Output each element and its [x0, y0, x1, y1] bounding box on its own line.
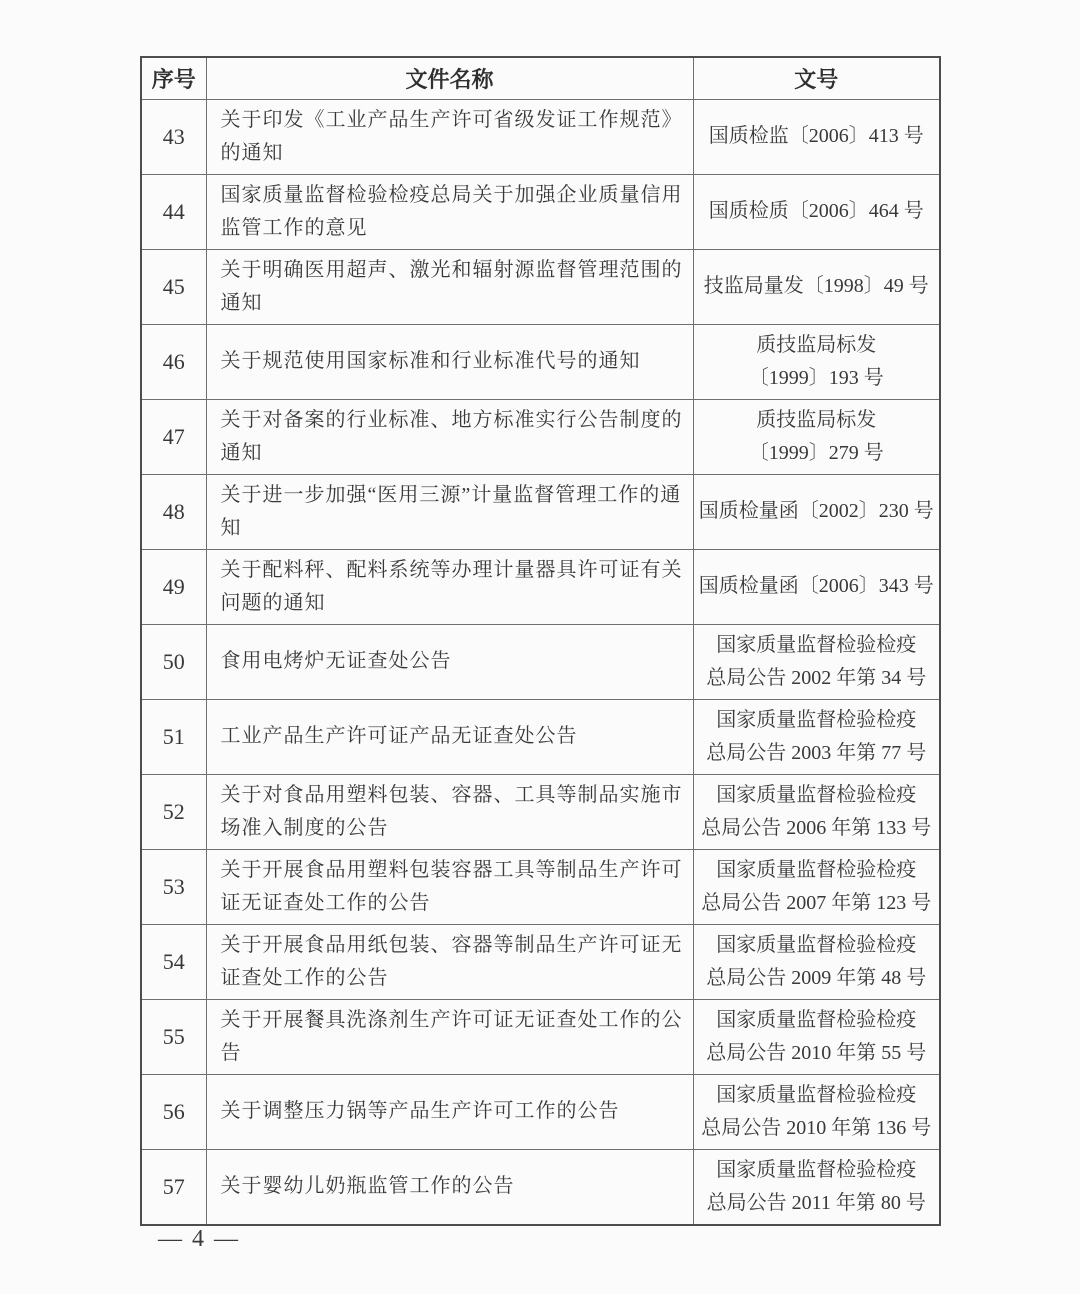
table-row: 49 关于配料秤、配料系统等办理计量器具许可证有关问题的通知 国质检量函〔200…: [141, 549, 940, 624]
cell-file-name: 关于婴幼儿奶瓶监管工作的公告: [206, 1149, 693, 1225]
cell-doc-number: 技监局量发〔1998〕49 号: [693, 249, 940, 324]
cell-serial-number: 46: [141, 324, 206, 399]
table-row: 47 关于对备案的行业标准、地方标准实行公告制度的通知 质技监局标发 〔1999…: [141, 399, 940, 474]
cell-doc-number: 国家质量监督检验检疫 总局公告 2009 年第 48 号: [693, 924, 940, 999]
cell-doc-number: 质技监局标发 〔1999〕279 号: [693, 399, 940, 474]
table-row: 44 国家质量监督检验检疫总局关于加强企业质量信用监管工作的意见 国质检质〔20…: [141, 174, 940, 249]
cell-file-name: 国家质量监督检验检疫总局关于加强企业质量信用监管工作的意见: [206, 174, 693, 249]
cell-doc-number: 国质检质〔2006〕464 号: [693, 174, 940, 249]
cell-serial-number: 55: [141, 999, 206, 1074]
table-row: 52 关于对食品用塑料包装、容器、工具等制品实施市场准入制度的公告 国家质量监督…: [141, 774, 940, 849]
table-row: 56 关于调整压力锅等产品生产许可工作的公告 国家质量监督检验检疫 总局公告 2…: [141, 1074, 940, 1149]
cell-doc-number: 国家质量监督检验检疫 总局公告 2010 年第 136 号: [693, 1074, 940, 1149]
table-row: 45 关于明确医用超声、激光和辐射源监督管理范围的通知 技监局量发〔1998〕4…: [141, 249, 940, 324]
cell-doc-number: 国家质量监督检验检疫 总局公告 2002 年第 34 号: [693, 624, 940, 699]
cell-file-name: 关于进一步加强“医用三源”计量监督管理工作的通知: [206, 474, 693, 549]
cell-file-name: 工业产品生产许可证产品无证查处公告: [206, 699, 693, 774]
cell-serial-number: 48: [141, 474, 206, 549]
cell-serial-number: 45: [141, 249, 206, 324]
table-row: 43 关于印发《工业产品生产许可省级发证工作规范》的通知 国质检监〔2006〕4…: [141, 99, 940, 174]
table-row: 48 关于进一步加强“医用三源”计量监督管理工作的通知 国质检量函〔2002〕2…: [141, 474, 940, 549]
cell-serial-number: 56: [141, 1074, 206, 1149]
table-row: 55 关于开展餐具洗涤剂生产许可证无证查处工作的公告 国家质量监督检验检疫 总局…: [141, 999, 940, 1074]
header-serial-number: 序号: [141, 57, 206, 99]
cell-file-name: 关于开展食品用塑料包装容器工具等制品生产许可证无证查处工作的公告: [206, 849, 693, 924]
cell-doc-number: 国质检量函〔2006〕343 号: [693, 549, 940, 624]
cell-serial-number: 44: [141, 174, 206, 249]
cell-serial-number: 52: [141, 774, 206, 849]
table-row: 51 工业产品生产许可证产品无证查处公告 国家质量监督检验检疫 总局公告 200…: [141, 699, 940, 774]
document-list-table: 序号 文件名称 文号 43 关于印发《工业产品生产许可省级发证工作规范》的通知 …: [140, 56, 941, 1226]
cell-doc-number: 国家质量监督检验检疫 总局公告 2006 年第 133 号: [693, 774, 940, 849]
cell-file-name: 关于开展食品用纸包装、容器等制品生产许可证无证查处工作的公告: [206, 924, 693, 999]
cell-file-name: 关于调整压力锅等产品生产许可工作的公告: [206, 1074, 693, 1149]
cell-serial-number: 50: [141, 624, 206, 699]
cell-serial-number: 47: [141, 399, 206, 474]
cell-file-name: 关于规范使用国家标准和行业标准代号的通知: [206, 324, 693, 399]
cell-serial-number: 49: [141, 549, 206, 624]
page-number: — 4 —: [158, 1226, 240, 1253]
cell-serial-number: 57: [141, 1149, 206, 1225]
cell-doc-number: 国家质量监督检验检疫 总局公告 2007 年第 123 号: [693, 849, 940, 924]
table-row: 50 食用电烤炉无证查处公告 国家质量监督检验检疫 总局公告 2002 年第 3…: [141, 624, 940, 699]
cell-doc-number: 质技监局标发 〔1999〕193 号: [693, 324, 940, 399]
cell-file-name: 关于对食品用塑料包装、容器、工具等制品实施市场准入制度的公告: [206, 774, 693, 849]
cell-serial-number: 43: [141, 99, 206, 174]
table-row: 57 关于婴幼儿奶瓶监管工作的公告 国家质量监督检验检疫 总局公告 2011 年…: [141, 1149, 940, 1225]
cell-doc-number: 国家质量监督检验检疫 总局公告 2003 年第 77 号: [693, 699, 940, 774]
cell-doc-number: 国家质量监督检验检疫 总局公告 2010 年第 55 号: [693, 999, 940, 1074]
cell-file-name: 关于明确医用超声、激光和辐射源监督管理范围的通知: [206, 249, 693, 324]
header-doc-number: 文号: [693, 57, 940, 99]
cell-serial-number: 53: [141, 849, 206, 924]
cell-file-name: 食用电烤炉无证查处公告: [206, 624, 693, 699]
table-row: 46 关于规范使用国家标准和行业标准代号的通知 质技监局标发 〔1999〕193…: [141, 324, 940, 399]
header-file-name: 文件名称: [206, 57, 693, 99]
cell-file-name: 关于印发《工业产品生产许可省级发证工作规范》的通知: [206, 99, 693, 174]
cell-file-name: 关于开展餐具洗涤剂生产许可证无证查处工作的公告: [206, 999, 693, 1074]
cell-file-name: 关于配料秤、配料系统等办理计量器具许可证有关问题的通知: [206, 549, 693, 624]
table-row: 53 关于开展食品用塑料包装容器工具等制品生产许可证无证查处工作的公告 国家质量…: [141, 849, 940, 924]
cell-serial-number: 54: [141, 924, 206, 999]
table-row: 54 关于开展食品用纸包装、容器等制品生产许可证无证查处工作的公告 国家质量监督…: [141, 924, 940, 999]
cell-doc-number: 国家质量监督检验检疫 总局公告 2011 年第 80 号: [693, 1149, 940, 1225]
cell-doc-number: 国质检量函〔2002〕230 号: [693, 474, 940, 549]
cell-doc-number: 国质检监〔2006〕413 号: [693, 99, 940, 174]
document-page: 序号 文件名称 文号 43 关于印发《工业产品生产许可省级发证工作规范》的通知 …: [0, 0, 1080, 1294]
cell-file-name: 关于对备案的行业标准、地方标准实行公告制度的通知: [206, 399, 693, 474]
cell-serial-number: 51: [141, 699, 206, 774]
table-header-row: 序号 文件名称 文号: [141, 57, 940, 99]
